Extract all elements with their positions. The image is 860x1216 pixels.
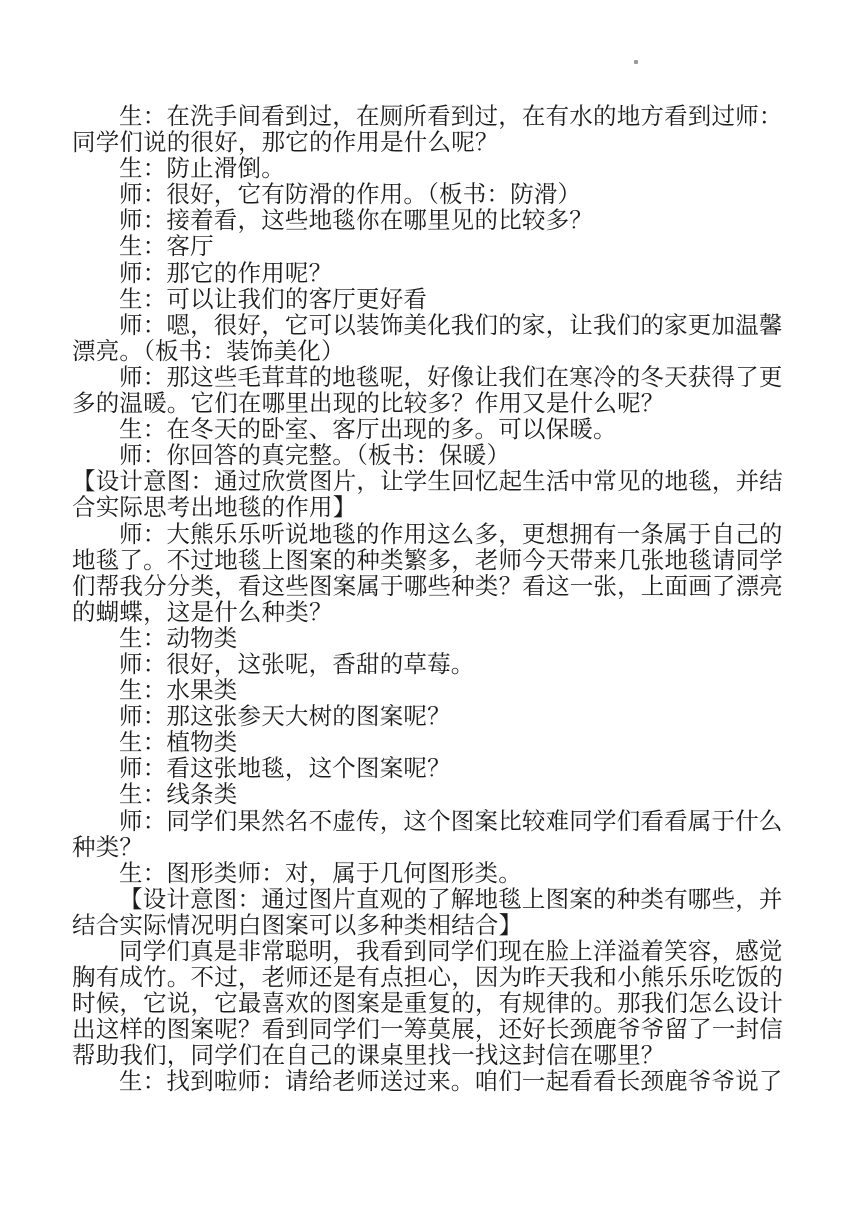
text-line: 同学们说的很好，那它的作用是什么呢？ (72, 130, 788, 156)
text-line: 出这样的图案呢？看到同学们一筹莫展，还好长颈鹿爷爷留了一封信 (72, 1017, 788, 1043)
text-line: 们帮我分分类，看这些图案属于哪些种类？看这一张，上面画了漂亮 (72, 574, 788, 600)
text-line: 师：大熊乐乐听说地毯的作用这么多，更想拥有一条属于自己的 (72, 522, 788, 548)
text-line: 结合实际情况明白图案可以多种类相结合】 (72, 913, 788, 939)
document-page: 生：在洗手间看到过，在厕所看到过，在有水的地方看到过师：同学们说的很好，那它的作… (0, 0, 860, 1216)
text-line: 胸有成竹。不过，老师还是有点担心，因为昨天我和小熊乐乐吃饭的 (72, 965, 788, 991)
text-line: 师：很好，这张呢，香甜的草莓。 (72, 652, 788, 678)
text-line: 生：水果类 (72, 678, 788, 704)
text-line: 师：你回答的真完整。（板书：保暖） (72, 443, 788, 469)
text-line: 生：植物类 (72, 730, 788, 756)
text-line: 师：同学们果然名不虚传，这个图案比较难同学们看看属于什么 (72, 809, 788, 835)
text-line: 生：可以让我们的客厅更好看 (72, 287, 788, 313)
text-line: 的蝴蝶，这是什么种类？ (72, 600, 788, 626)
text-line: 合实际思考出地毯的作用】 (72, 495, 788, 521)
stray-mark (634, 60, 638, 64)
text-line: 师：很好，它有防滑的作用。（板书：防滑） (72, 182, 788, 208)
text-line: 【设计意图：通过图片直观的了解地毯上图案的种类有哪些，并 (72, 887, 788, 913)
text-line: 生：在洗手间看到过，在厕所看到过，在有水的地方看到过师： (72, 104, 788, 130)
text-line: 生：图形类师：对，属于几何图形类。 (72, 861, 788, 887)
text-line: 漂亮。（板书：装饰美化） (72, 339, 788, 365)
text-line: 时候，它说，它最喜欢的图案是重复的，有规律的。那我们怎么设计 (72, 991, 788, 1017)
text-line: 生：找到啦师：请给老师送过来。咱们一起看看长颈鹿爷爷说了 (72, 1069, 788, 1095)
text-line: 师：那它的作用呢？ (72, 261, 788, 287)
document-body: 生：在洗手间看到过，在厕所看到过，在有水的地方看到过师：同学们说的很好，那它的作… (72, 104, 788, 1096)
text-line: 生：动物类 (72, 626, 788, 652)
text-line: 生：防止滑倒。 (72, 156, 788, 182)
text-line: 生：线条类 (72, 782, 788, 808)
text-line: 【设计意图：通过欣赏图片，让学生回忆起生活中常见的地毯，并结 (72, 469, 788, 495)
text-line: 多的温暖。它们在哪里出现的比较多？作用又是什么呢？ (72, 391, 788, 417)
text-line: 生：在冬天的卧室、客厅出现的多。可以保暖。 (72, 417, 788, 443)
text-line: 师：嗯，很好，它可以装饰美化我们的家，让我们的家更加温馨 (72, 313, 788, 339)
text-line: 生：客厅 (72, 234, 788, 260)
text-line: 师：看这张地毯，这个图案呢？ (72, 756, 788, 782)
text-line: 种类？ (72, 835, 788, 861)
text-line: 师：接着看，这些地毯你在哪里见的比较多？ (72, 208, 788, 234)
text-line: 师：那这些毛茸茸的地毯呢，好像让我们在寒冷的冬天获得了更 (72, 365, 788, 391)
text-line: 帮助我们，同学们在自己的课桌里找一找这封信在哪里？ (72, 1043, 788, 1069)
text-line: 师：那这张参天大树的图案呢？ (72, 704, 788, 730)
text-line: 地毯了。不过地毯上图案的种类繁多，老师今天带来几张地毯请同学 (72, 548, 788, 574)
text-line: 同学们真是非常聪明，我看到同学们现在脸上洋溢着笑容，感觉 (72, 939, 788, 965)
